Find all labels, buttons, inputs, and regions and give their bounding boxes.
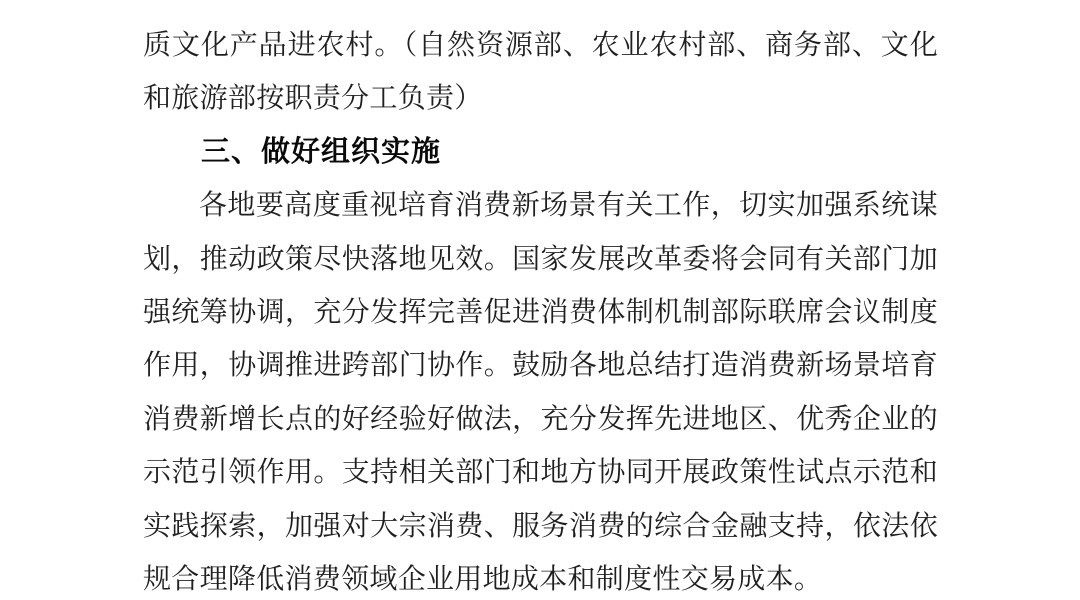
section-heading: 三、做好组织实施 [143, 126, 938, 179]
text-line: 规合理降低消费领域企业用地成本和制度性交易成本。 [143, 553, 938, 600]
text-line: 质文化产品进农村。（自然资源部、农业农村部、商务部、文化 [143, 19, 938, 72]
text-line: 各地要高度重视培育消费新场景有关工作，切实加强系统谋 [143, 179, 938, 232]
document-page: 质文化产品进农村。（自然资源部、农业农村部、商务部、文化 和旅游部按职责分工负责… [143, 19, 938, 600]
text-line: 示范引领作用。支持相关部门和地方协同开展政策性试点示范和 [143, 446, 938, 499]
text-line: 和旅游部按职责分工负责） [143, 72, 938, 125]
text-line: 强统筹协调，充分发挥完善促进消费体制机制部际联席会议制度 [143, 286, 938, 339]
text-line: 划，推动政策尽快落地见效。国家发展改革委将会同有关部门加 [143, 233, 938, 286]
text-line: 实践探索，加强对大宗消费、服务消费的综合金融支持，依法依 [143, 500, 938, 553]
text-line: 作用，协调推进跨部门协作。鼓励各地总结打造消费新场景培育 [143, 339, 938, 392]
text-line: 消费新增长点的好经验好做法，充分发挥先进地区、优秀企业的 [143, 393, 938, 446]
